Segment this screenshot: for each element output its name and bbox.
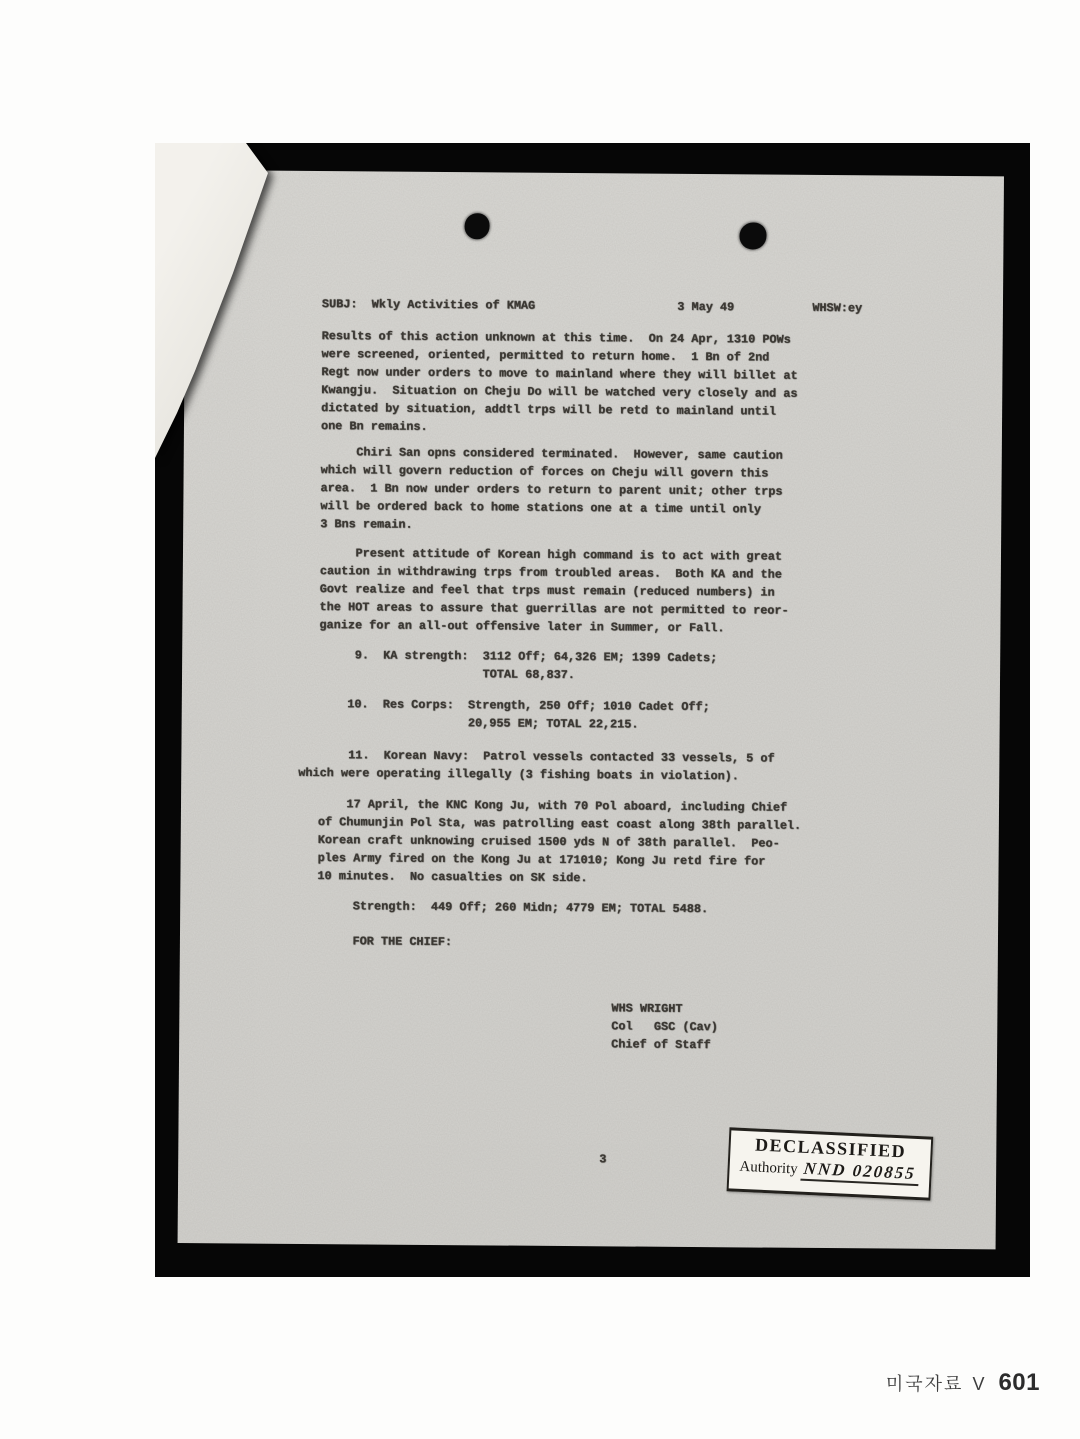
footer-page-number: 601 <box>998 1369 1040 1397</box>
for-the-chief-line: FOR THE CHIEF: <box>317 933 452 952</box>
footer-volume-numeral: V <box>972 1374 984 1395</box>
signature-block: WHS WRIGHT Col GSC (Cav) Chief of Staff <box>611 1000 718 1055</box>
hole-punch-left-icon <box>464 213 489 239</box>
scan-black-frame: SUBJ: Wkly Activities of KMAG 3 May 49 W… <box>155 143 1030 1277</box>
item-11-korean-navy: 11. Korean Navy: Patrol vessels contacte… <box>298 747 774 787</box>
subject-line: SUBJ: Wkly Activities of KMAG 3 May 49 W… <box>322 296 862 318</box>
book-footer: 미국자료 V 601 <box>886 1369 1040 1397</box>
hole-punch-right-icon <box>739 222 766 249</box>
page-number: 3 <box>599 1151 606 1169</box>
item-10-res-corps: 10. Res Corps: Strength, 250 Off; 1010 C… <box>319 696 710 735</box>
declassified-stamp: DECLASSIFIED AuthorityNND 020855 <box>727 1127 934 1200</box>
curled-page-corner-shape <box>155 143 295 473</box>
navy-strength-line: Strength: 449 Off; 260 Midn; 4779 EM; TO… <box>317 898 708 919</box>
footer-korean-label: 미국자료 <box>886 1370 964 1396</box>
scanned-document-photo: SUBJ: Wkly Activities of KMAG 3 May 49 W… <box>0 0 1080 1439</box>
curled-page-corner <box>155 143 295 473</box>
document-page: SUBJ: Wkly Activities of KMAG 3 May 49 W… <box>178 170 1004 1249</box>
paragraph-kong-ju-incident: 17 April, the KNC Kong Ju, with 70 Pol a… <box>317 796 801 889</box>
authority-number-handwritten: NND 020855 <box>800 1159 921 1186</box>
paragraph-results: Results of this action unknown at this t… <box>321 328 798 439</box>
item-9-ka-strength: 9. KA strength: 3112 Off; 64,326 EM; 139… <box>319 647 717 686</box>
authority-label: Authority <box>739 1159 798 1178</box>
paragraph-chiri-san: Chiri San opns considered terminated. Ho… <box>320 444 783 537</box>
paragraph-korean-command-attitude: Present attitude of Korean high command … <box>319 545 789 638</box>
